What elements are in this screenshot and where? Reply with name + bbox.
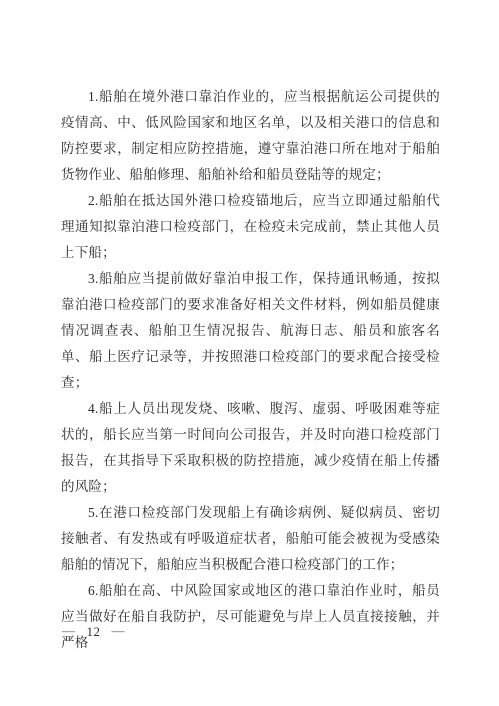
paragraph-4: 4.船上人员出现发烧、咳嗽、腹泻、虚弱、呼吸困难等症状的，船长应当第一时间向公司… bbox=[61, 396, 440, 500]
paragraph-3: 3.船舶应当提前做好靠泊申报工作，保持通讯畅通，按拟靠泊港口检疫部门的要求准备好… bbox=[61, 266, 440, 396]
document-body: 1.船舶在境外港口靠泊作业的，应当根据航运公司提供的疫情高、中、低风险国家和地区… bbox=[61, 84, 440, 656]
paragraph-2: 2.船舶在抵达国外港口检疫锚地后，应当立即通过船舶代理通知拟靠泊港口检疫部门，在… bbox=[61, 188, 440, 266]
paragraph-1: 1.船舶在境外港口靠泊作业的，应当根据航运公司提供的疫情高、中、低风险国家和地区… bbox=[61, 84, 440, 188]
paragraph-6: 6.船舶在高、中风险国家或地区的港口靠泊作业时，船员应当做好在船自我防护，尽可能… bbox=[61, 578, 440, 656]
footer-dash-right: — bbox=[112, 623, 126, 639]
footer-dash-left: — bbox=[62, 623, 76, 639]
paragraph-5: 5.在港口检疫部门发现船上有确诊病例、疑似病员、密切接触者、有发热或有呼吸道症状… bbox=[61, 500, 440, 578]
page-number: 12 bbox=[87, 624, 101, 640]
page-footer: — 12 — bbox=[62, 624, 125, 640]
document-page: 1.船舶在境外港口靠泊作业的，应当根据航运公司提供的疫情高、中、低风险国家和地区… bbox=[0, 0, 499, 706]
